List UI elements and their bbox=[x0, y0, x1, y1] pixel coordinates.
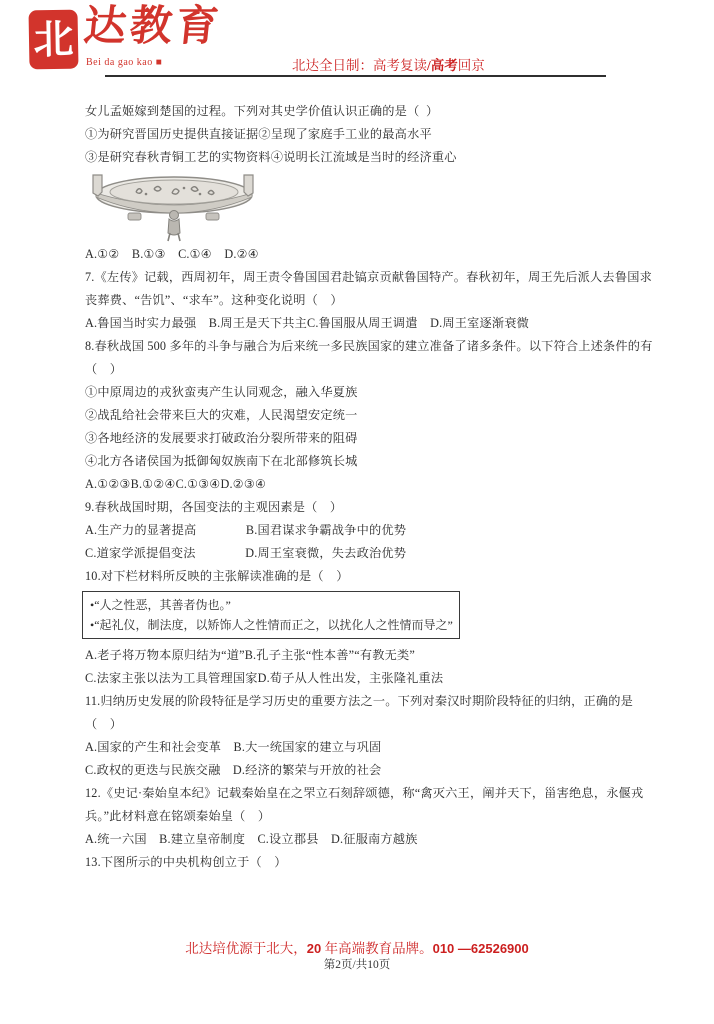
footer-years-bold: 20 bbox=[307, 941, 321, 956]
question10-answers-line: A.老子将万物本原归结为“道”B.孔子主张“性本善”“有教无类” bbox=[85, 644, 647, 667]
question12-answers-line: A.统一六国 B.建立皇帝制度 C.设立郡县 D.征服南方越族 bbox=[85, 828, 647, 851]
question9-answers-line: A.生产力的显著提高 B.国君谋求争霸战争中的优势 bbox=[85, 519, 647, 542]
bronze-vessel-figure bbox=[85, 169, 647, 243]
slogan-normal: 北达全日制：高考复读 bbox=[292, 58, 427, 73]
page-number: 第2页/共10页 bbox=[0, 956, 714, 972]
question6-answers-line: A.①② B.①③ C.①④ D.②④ bbox=[85, 243, 647, 266]
seal-character: 北 bbox=[33, 19, 74, 60]
beida-logo-seal: 北 bbox=[30, 11, 78, 69]
question10-answers-line: C.法家主张以法为工具管理国家D.荀子从人性出发，主张隆礼重法 bbox=[85, 667, 647, 690]
question8-answers-line: A.①②③B.①②④C.①③④D.②③④ bbox=[85, 473, 647, 496]
question11-answers-line: A.国家的产生和社会变革 B.大一统国家的建立与巩固 bbox=[85, 736, 647, 759]
question8-stem-line: （ ） bbox=[85, 358, 647, 381]
slogan-bold: /高考 bbox=[427, 58, 458, 73]
question9-answers-line: C.道家学派提倡变法 D.周王室衰微，失去政治优势 bbox=[85, 542, 647, 565]
question-content: 女儿孟姬嫁到楚国的过程。下列对其史学价值认识正确的是（ ） ①为研究晋国历史提供… bbox=[85, 100, 647, 874]
question11-stem-line: （ ） bbox=[85, 713, 647, 736]
question7-stem-line: 7.《左传》记载，西周初年，周王责令鲁国国君赴镐京贡献鲁国特产。春秋初年，周王先… bbox=[85, 266, 647, 289]
question6-continuation-line: 女儿孟姬嫁到楚国的过程。下列对其史学价值认识正确的是（ ） bbox=[85, 100, 647, 123]
footer-text: 年高端教育品牌。 bbox=[321, 941, 432, 956]
material-quote-line: •“起礼仪，制法度，以矫饰人之性情而正之，以扰化人之性情而导之” bbox=[90, 615, 452, 635]
footer-text: 北达培优源于北大， bbox=[185, 941, 307, 956]
question8-option-line: ③各地经济的发展要求打破政治分裂所带来的阻碍 bbox=[85, 427, 647, 450]
question6-option-line: ①为研究晋国历史提供直接证据②呈现了家庭手工业的最高水平 bbox=[85, 123, 647, 146]
bronze-vessel-image bbox=[88, 169, 258, 243]
question10-material-box: •“人之性恶，其善者伪也。” •“起礼仪，制法度，以矫饰人之性情而正之，以扰化人… bbox=[82, 591, 460, 639]
logo-romanization: Bei da gao kao ■ bbox=[86, 57, 162, 68]
logo-wordmark: 达教育 bbox=[82, 4, 225, 50]
exam-paper-page: 北 达教育 Bei da gao kao ■ 北达全日制：高考复读/高考回京 女… bbox=[0, 0, 714, 1024]
question12-stem-line: 兵。”此材料意在铭颂秦始皇（ ） bbox=[85, 805, 647, 828]
footer-phone-number: 010 —62526900 bbox=[433, 941, 529, 956]
header-slogan: 北达全日制：高考复读/高考回京 bbox=[292, 54, 485, 74]
question8-option-line: ①中原周边的戎狄蛮夷产生认同观念，融入华夏族 bbox=[85, 381, 647, 404]
question13-stem-line: 13.下图所示的中央机构创立于（ ） bbox=[85, 851, 647, 874]
question12-stem-line: 12.《史记·秦始皇本纪》记载秦始皇在之罘立石刻辞颂德，称“禽灭六王，阐并天下，… bbox=[85, 782, 647, 805]
question8-option-line: ④北方各诸侯国为抵御匈奴族南下在北部修筑长城 bbox=[85, 450, 647, 473]
question10-stem-line: 10.对下栏材料所反映的主张解读准确的是（ ） bbox=[85, 565, 647, 588]
header-divider-line bbox=[105, 75, 606, 77]
footer-brand-line: 北达培优源于北大，20 年高端教育品牌。010 —62526900 bbox=[0, 937, 714, 957]
question7-answers-line: A.鲁国当时实力最强 B.周王是天下共主C.鲁国服从周王调遣 D.周王室逐渐衰微 bbox=[85, 312, 647, 335]
question11-answers-line: C.政权的更迭与民族交融 D.经济的繁荣与开放的社会 bbox=[85, 759, 647, 782]
question8-option-line: ②战乱给社会带来巨大的灾难，人民渴望安定统一 bbox=[85, 404, 647, 427]
material-quote-line: •“人之性恶，其善者伪也。” bbox=[90, 595, 452, 615]
question7-stem-line: 丧葬费、“告饥”、“求车”。这种变化说明（ ） bbox=[85, 289, 647, 312]
question8-stem-line: 8.春秋战国 500 多年的斗争与融合为后来统一多民族国家的建立准备了诸多条件。… bbox=[85, 335, 647, 358]
slogan-normal-tail: 回京 bbox=[458, 58, 485, 73]
question6-option-line: ③是研究春秋青铜工艺的实物资料④说明长江流域是当时的经济重心 bbox=[85, 146, 647, 169]
question9-stem-line: 9.春秋战国时期，各国变法的主观因素是（ ） bbox=[85, 496, 647, 519]
question11-stem-line: 11.归纳历史发展的阶段特征是学习历史的重要方法之一。下列对秦汉时期阶段特征的归… bbox=[85, 690, 647, 713]
